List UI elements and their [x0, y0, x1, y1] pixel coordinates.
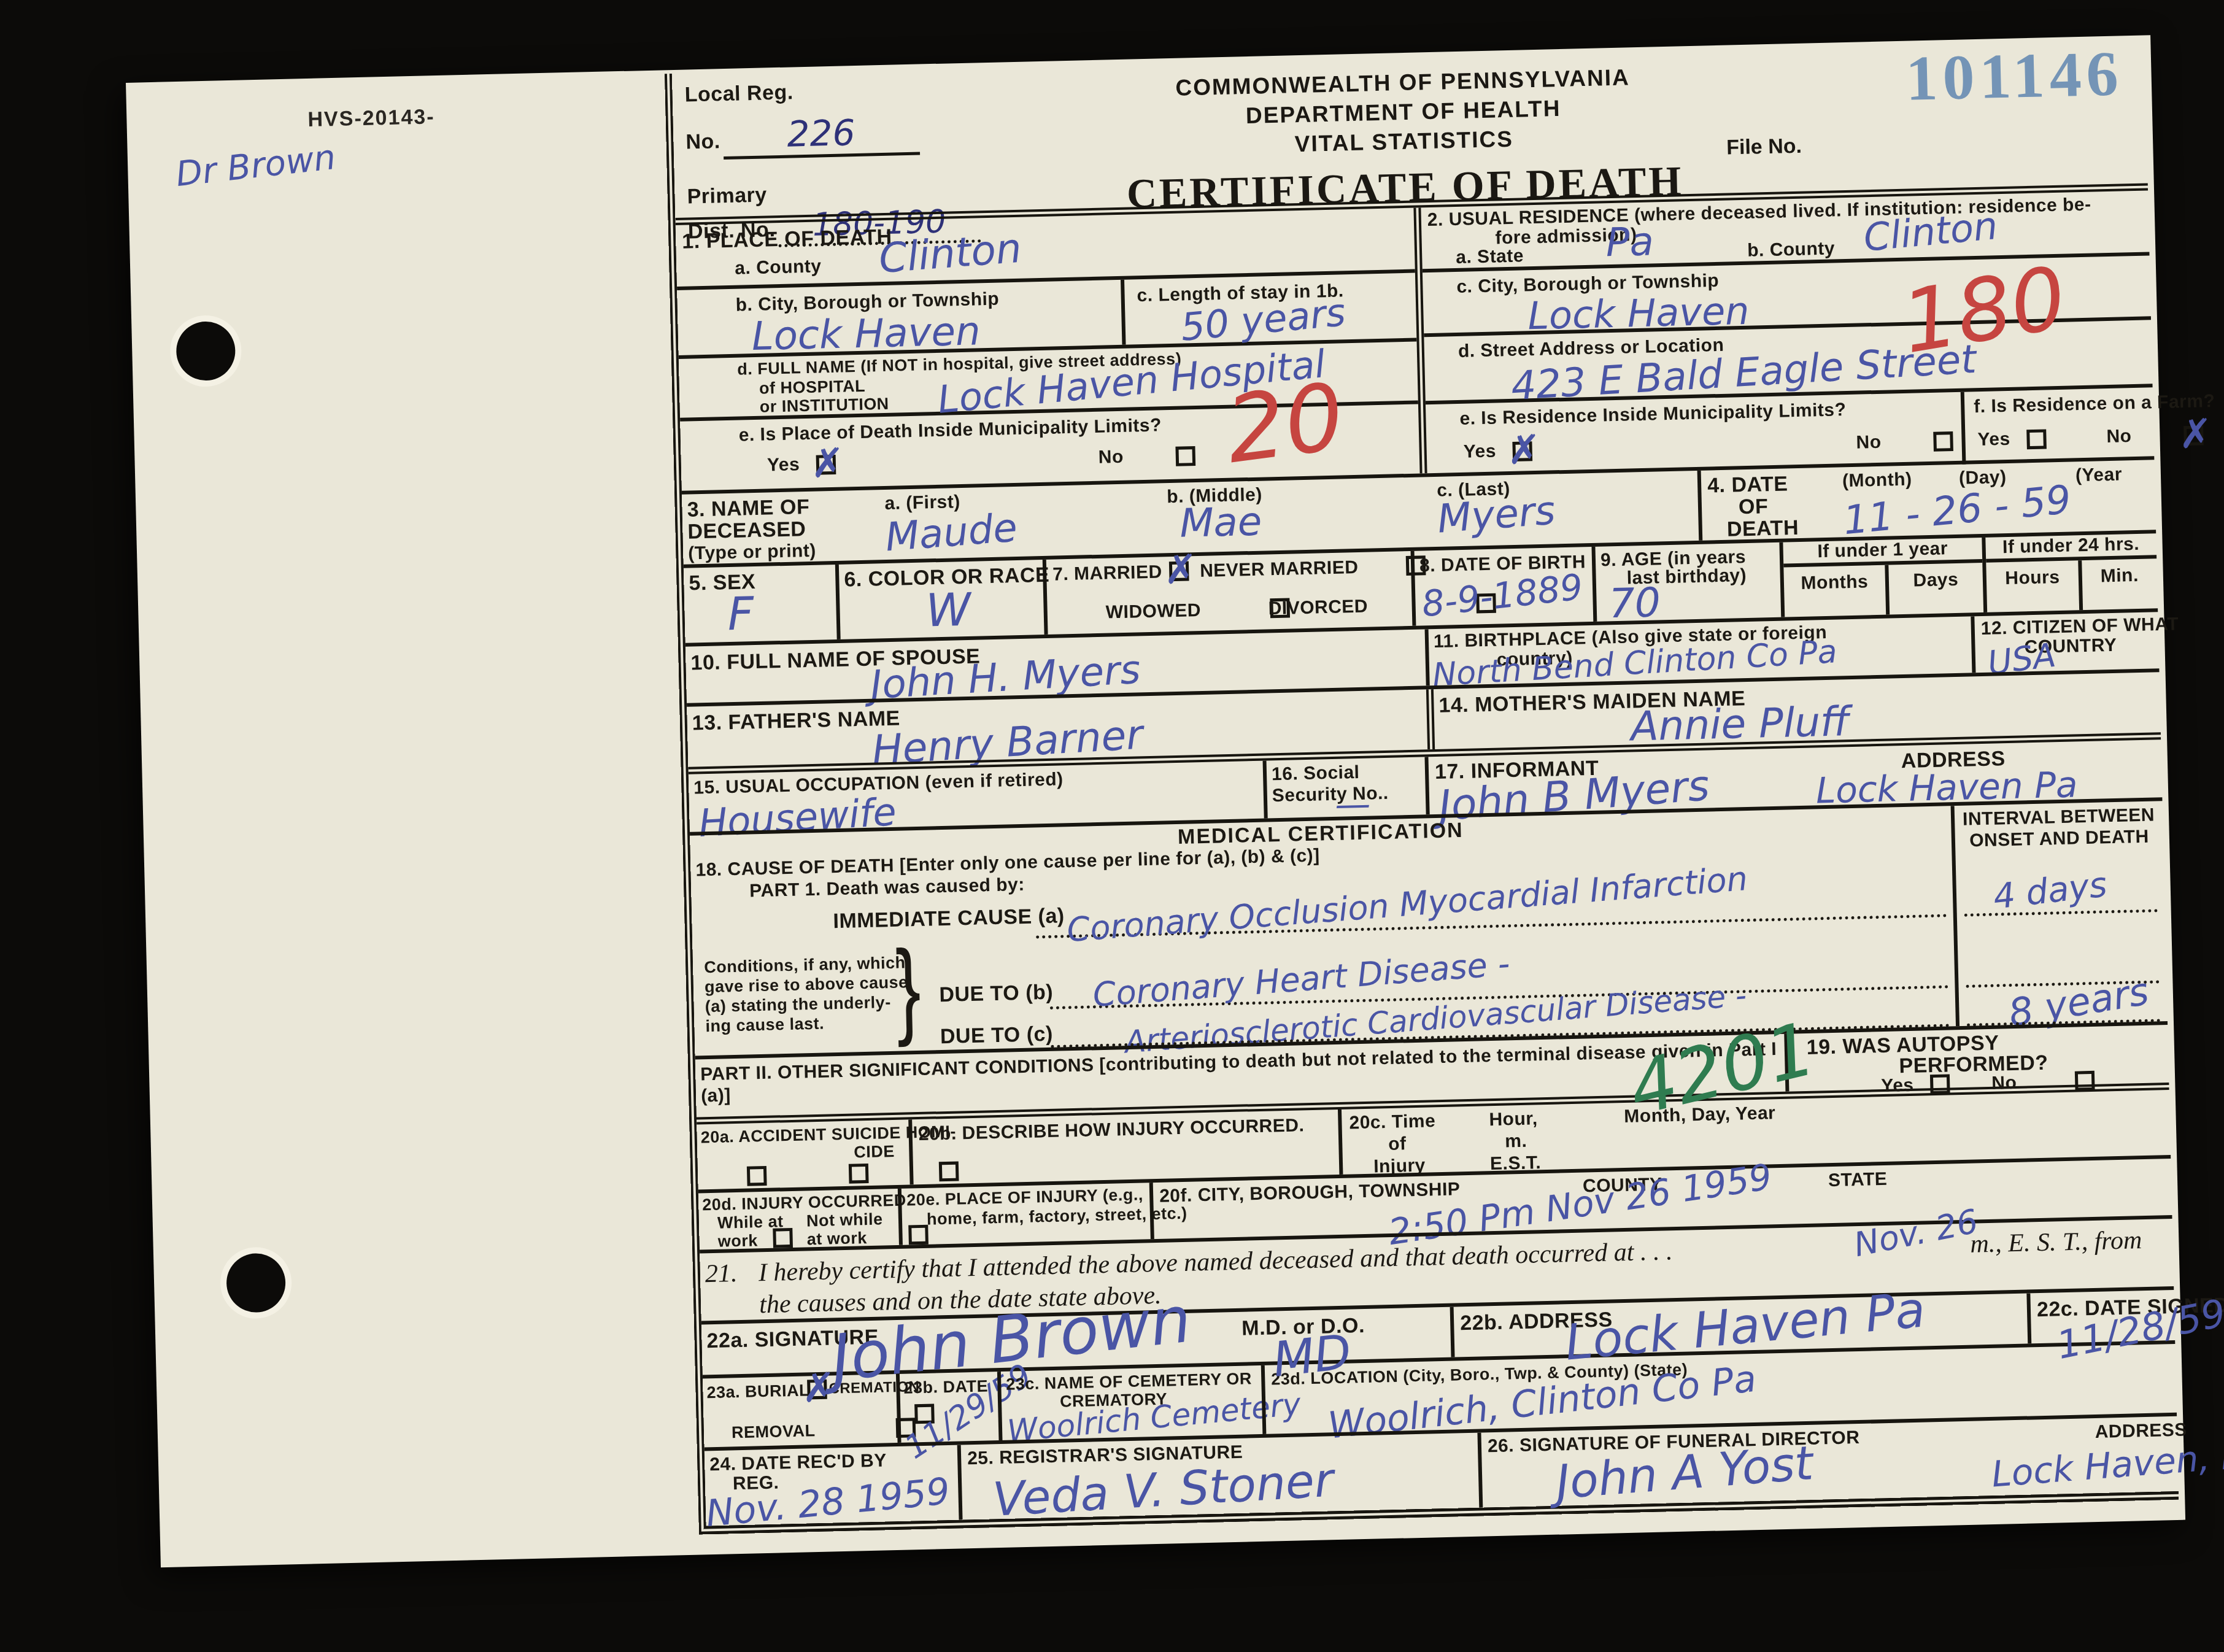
s9-hours-label: Hours [2005, 567, 2060, 589]
s2e-yes-checkbox: ✗ [1512, 441, 1532, 461]
section-date-of-death: 4. DATE OF DEATH (Month) (Day) (Year 11 … [1697, 460, 2156, 541]
due-to-c-label: DUE TO (c) [940, 1022, 1054, 1049]
interval-label2: ONSET AND DEATH [1955, 826, 2164, 852]
s21-number: 21. [705, 1259, 738, 1289]
check-mark: ✗ [2178, 410, 2213, 458]
margin-handwritten-note: Dr Brown [174, 137, 338, 195]
check-mark: ✗ [1163, 546, 1198, 593]
s9-under1-label: If under 1 year [1817, 538, 1948, 562]
section-sex: 5. SEX F [684, 565, 837, 643]
s9-days-label: Days [1913, 569, 1958, 591]
s1-red-annotation: 20 [1220, 363, 1350, 484]
s20a-label2: CIDE [854, 1142, 895, 1162]
s4-label1: 4. DATE [1707, 472, 1788, 498]
medical-certification-header: MEDICAL CERTIFICATION [1178, 819, 1464, 849]
s3-label2: DECEASED [687, 517, 806, 544]
s3-last-value: Myers [1436, 488, 1557, 542]
section-20e: 20e. PLACE OF INJURY (e.g., home, farm, … [898, 1183, 1151, 1245]
s2e-no-checkbox [1934, 431, 1954, 452]
no-label: No. [685, 130, 720, 154]
s20d-n1: Not while [806, 1210, 883, 1230]
s5-value: F [727, 587, 755, 641]
s20c-hour2: m. [1505, 1131, 1527, 1153]
section-20d: 20d. INJURY OCCURRED While at work Not w… [698, 1189, 899, 1250]
s1-label: 1. PLACE OF DEATH [682, 225, 892, 254]
s2f-no-label: No [2106, 426, 2132, 448]
conditions-line4: ing cause last. [705, 1014, 824, 1036]
row-place-residence: 1. PLACE OF DEATH a. County Clinton b. C… [675, 183, 2154, 490]
section-age: 9. AGE (in years last birthday) 70 If un… [1591, 533, 2158, 622]
death-certificate-form: Local Reg. No. 226 Primary Dist. No. 180… [665, 39, 2179, 1534]
section-25: 25. REGISTRAR'S SIGNATURE Veda V. Stoner [957, 1433, 1480, 1520]
section-date-of-birth: 8. DATE OF BIRTH 8-9-1889 [1411, 547, 1594, 626]
s1a-value: Clinton [877, 225, 1023, 282]
section-23c: 23c. NAME OF CEMETERY OR CREMATORY Woolr… [997, 1365, 1263, 1440]
s4-month-label: (Month) [1842, 469, 1912, 492]
s19-no-checkbox [2075, 1071, 2095, 1091]
s19-no-label: No [1991, 1073, 2017, 1095]
s6-value: W [925, 584, 971, 638]
s20d-work-checkbox [773, 1228, 793, 1248]
s20f-label: 20f. CITY, BOROUGH, TOWNSHIP [1159, 1179, 1461, 1207]
s3-middle-value: Mae [1180, 500, 1263, 547]
s19-yes-checkbox [1930, 1074, 1950, 1094]
s23-burial-checkbox: ✗ [807, 1380, 827, 1400]
due-to-b-label: DUE TO (b) [939, 981, 1054, 1008]
section-marital-status: 7. MARRIED ✗ NEVER MARRIED WIDOWED DIVOR… [1043, 551, 1413, 635]
s21-text2: m., E. S. T., from [1970, 1225, 2142, 1259]
s4-label2: OF [1739, 495, 1769, 520]
s1e-yes-label: Yes [767, 454, 800, 476]
section-interval: INTERVAL BETWEEN ONSET AND DEATH 4 days … [1951, 801, 2168, 1026]
section-usual-residence: 2. USUAL RESIDENCE (where deceased lived… [1413, 190, 2154, 473]
section-citizen: 12. CITIZEN OF WHAT COUNTRY USA [1971, 612, 2159, 673]
punch-hole-top [176, 321, 236, 381]
s2f-yes-checkbox [2026, 429, 2047, 449]
conditions-brace: } [895, 927, 922, 1050]
s2b-label: b. County [1747, 238, 1836, 261]
s2e-yes-label: Yes [1463, 441, 1496, 463]
s7-married-label: 7. MARRIED [1052, 562, 1162, 585]
s20a-suicide-checkbox [849, 1164, 869, 1184]
s20c-hour1: Hour, [1489, 1108, 1538, 1131]
s2f-no-checkbox: ✗ [2184, 425, 2204, 446]
s1e-no-label: No [1098, 447, 1124, 469]
s2f-yes-label: Yes [1977, 429, 2010, 451]
s1e-no-checkbox [1176, 446, 1196, 466]
s1d-label3: or INSTITUTION [759, 395, 889, 417]
local-reg-label: Local Reg. [684, 76, 978, 107]
left-margin-stub: HVS-20143- Dr Brown [126, 70, 700, 1567]
section-20b: 20b. DESCRIBE HOW INJURY OCCURRED. [908, 1110, 1339, 1184]
check-mark: ✗ [1507, 426, 1542, 474]
section-color-or-race: 6. COLOR OR RACE W [835, 560, 1044, 639]
s1e-label: e. Is Place of Death Inside Municipality… [738, 415, 1162, 446]
s2e-no-label: No [1856, 432, 1882, 454]
s9-under-24-hrs: If under 24 hrs. Hours Min. [1982, 533, 2158, 612]
s20c-label2: of [1388, 1133, 1407, 1155]
s2e-label: e. Is Residence Inside Municipality Limi… [1459, 399, 1847, 430]
immediate-cause-label: IMMEDIATE CAUSE (a) [833, 904, 1065, 933]
s7-married-checkbox: ✗ [1169, 561, 1189, 581]
s9-min-label: Min. [2100, 565, 2139, 586]
s7-never-label: NEVER MARRIED [1200, 557, 1359, 582]
section-24: 24. DATE REC'D BY REG. Nov. 28 1959 [705, 1445, 959, 1526]
s9-under-1-year: If under 1 year Months Days [1779, 538, 1983, 617]
local-reg-no-value: 226 [787, 112, 855, 155]
s24-label1: 24. DATE REC'D BY [709, 1450, 887, 1476]
s7-divorced-label: DIVORCED [1268, 596, 1368, 620]
check-mark: ✗ [810, 439, 845, 487]
s19-yes-label: Yes [1881, 1075, 1914, 1097]
s1a-label: a. County [735, 256, 822, 279]
section-26: 26. SIGNATURE OF FUNERAL DIRECTOR ADDRES… [1477, 1416, 2179, 1508]
s9-months-label: Months [1801, 571, 1868, 593]
row-medical-certification: MEDICAL CERTIFICATION 18. CAUSE OF DEATH… [690, 797, 2168, 1056]
s7-widowed-label: WIDOWED [1105, 600, 1201, 623]
s9-under24-label: If under 24 hrs. [2002, 534, 2140, 557]
section-20a: 20a. ACCIDENT SUICIDE HOMI- CIDE [697, 1119, 909, 1189]
s23-removal-label: REMOVAL [732, 1421, 816, 1443]
section-place-of-death: 1. PLACE OF DEATH a. County Clinton b. C… [676, 208, 1420, 491]
interval-a-line [1964, 909, 2158, 916]
conditions-line3: (a) stating the underly- [705, 993, 891, 1016]
s3-first-value: Maude [884, 505, 1019, 560]
s20b-label: 20b. DESCRIBE HOW INJURY OCCURRED. [918, 1115, 1304, 1146]
certificate-paper: HVS-20143- Dr Brown Local Reg. No. 226 P… [126, 35, 2185, 1567]
section-autopsy: 19. WAS AUTOPSY PERFORMED? Yes No [1784, 1025, 2169, 1092]
cause-a-value: Coronary Occlusion Myocardial Infarction [1065, 859, 1749, 949]
s20a-accident-checkbox [747, 1166, 767, 1186]
section-ssn: 16. Social Security No.. — [1263, 757, 1426, 818]
form-code: HVS-20143- [307, 105, 435, 132]
s19-label2: PERFORMED? [1899, 1051, 2048, 1079]
section-22c: 22c. DATE SIGNED 11/28/59 [2026, 1290, 2175, 1344]
md-value: MD [1270, 1324, 1354, 1388]
s13-label: 13. FATHER'S NAME [692, 707, 900, 736]
s2a-label: a. State [1456, 245, 1524, 268]
file-no-label: File No. [1726, 134, 1802, 160]
punch-hole-bottom [226, 1253, 286, 1313]
interval-a-value: 4 days [1991, 865, 2109, 917]
s1e-yes-checkbox: ✗ [816, 455, 836, 475]
s20c-label1: 20c. Time [1349, 1111, 1435, 1134]
s23-burial-label: 23a. BURIAL [706, 1381, 809, 1402]
s20f-state-label: STATE [1828, 1169, 1888, 1192]
s4-year-label: (Year [2075, 465, 2123, 487]
s2a-value: Pa [1605, 219, 1654, 266]
file-number-stamp: 101146 [1905, 37, 2124, 115]
